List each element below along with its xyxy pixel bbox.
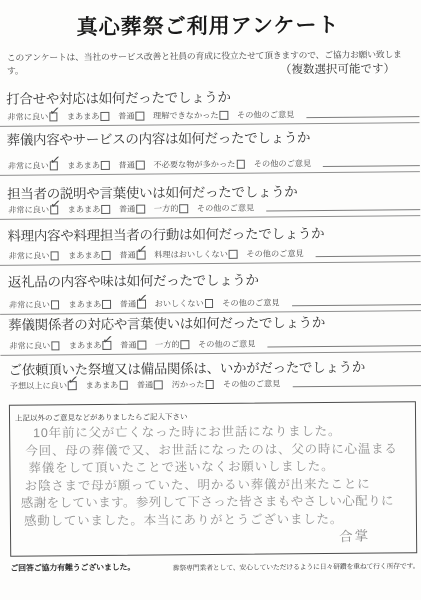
option: 一方的✓ [155, 339, 189, 350]
option: 普通✓ [119, 250, 145, 261]
question-block: ご依頼頂いた祭壇又は備品関係は、いかがだったでしょうか 予想以上に良い✓ まあま… [1, 355, 421, 395]
check-mark-icon: ✓ [136, 242, 149, 256]
handwritten-line: 10年前に父が亡くなった時にお世話になりました。 [33, 423, 407, 443]
option: 非常に良い✓ [7, 111, 58, 122]
option: まあまあ✓ [68, 250, 110, 261]
check-mark-icon: ✓ [136, 291, 149, 305]
option: 予想以上に良い✓ [10, 380, 77, 392]
option-label: 非常に良い [9, 250, 50, 261]
check-mark-icon: ✓ [102, 332, 115, 346]
other-comment-line[interactable] [266, 208, 420, 211]
other-comment-line[interactable] [316, 254, 421, 257]
options-row: 非常に良い✓ まあまあ✓ 普通✓ おいしくない✓ その他のご意見 [9, 296, 421, 311]
option-label: 予想以上に良い [10, 380, 67, 391]
checkbox[interactable]: ✓ [50, 162, 59, 171]
checkbox[interactable]: ✓ [49, 113, 58, 122]
option-label: 非常に良い [9, 299, 50, 310]
checkbox[interactable]: ✓ [137, 300, 146, 309]
checkbox[interactable]: ✓ [68, 381, 77, 390]
options-row: 非常に良い✓ まあまあ✓ 普通✓ 不必要な物が多かった✓ その他のご意見 [8, 157, 420, 172]
option-label: まあまあ [69, 340, 102, 351]
handwritten-line: 葬儀をして頂いたことで迷いなくお願いしました。 [28, 458, 407, 478]
options-row: 予想以上に良い✓ まあまあ✓ 普通✓ 汚かった✓ その他のご意見 [10, 377, 421, 392]
option: 普通✓ [119, 204, 145, 215]
check-mark-icon: ✓ [49, 197, 62, 211]
other-opinion-label: その他のご意見 [246, 248, 303, 259]
checkbox[interactable]: ✓ [136, 205, 145, 214]
checkbox[interactable]: ✓ [236, 160, 245, 169]
option: まあまあ✓ [67, 111, 109, 122]
option-label: 一方的 [155, 339, 180, 350]
check-mark-icon: ✓ [67, 373, 80, 387]
check-mark-icon: ✓ [48, 104, 61, 118]
option-label: まあまあ [67, 111, 100, 122]
option: まあまあ✓ [68, 204, 110, 215]
checkbox[interactable]: ✓ [219, 111, 228, 120]
option-label: 非常に良い [7, 111, 48, 122]
option-label: 普通 [137, 380, 153, 391]
question-title: 料理内容や料理担当者の行動は如何だったでしょうか [7, 222, 324, 245]
checkbox[interactable]: ✓ [101, 161, 110, 170]
checkbox[interactable]: ✓ [205, 380, 214, 389]
other-comment-line[interactable] [306, 115, 419, 118]
option-label: 一方的 [154, 203, 179, 214]
options-row: 非常に良い✓ まあまあ✓ 普通✓ 料理はおいしくない✓ その他のご意見 [9, 247, 421, 262]
option-label: 非常に良い [9, 340, 50, 351]
option-label: 理解できなかった [153, 110, 219, 122]
question-title: 打合せや対応は如何だったでしょうか [6, 86, 231, 108]
footer: ご回答ご協力有難うございました。 葬祭専門業者として、安心していただけるように日… [10, 559, 419, 574]
checkbox[interactable]: ✓ [102, 300, 111, 309]
option: おいしくない✓ [155, 298, 214, 310]
survey-page: 真心葬祭ご利用アンケート このアンケートは、当社のサービス改善と社員の育成に役立… [0, 0, 421, 600]
checkbox[interactable]: ✓ [119, 381, 128, 390]
option: 普通✓ [118, 111, 144, 122]
checkbox[interactable]: ✓ [229, 250, 238, 259]
checkbox[interactable]: ✓ [135, 112, 144, 121]
option-label: おいしくない [155, 298, 204, 309]
options-row: 非常に良い✓ まあまあ✓ 普通✓ 一方的✓ その他のご意見 [8, 201, 420, 216]
checkbox[interactable]: ✓ [103, 341, 112, 350]
checkbox[interactable]: ✓ [136, 161, 145, 170]
other-opinion-label: その他のご意見 [222, 297, 279, 308]
other-comment-line[interactable] [292, 384, 421, 387]
option-label: 普通 [120, 340, 136, 351]
option-label: まあまあ [68, 299, 101, 310]
option: 非常に良い✓ [8, 160, 59, 171]
question-title: ご依頼頂いた祭壇又は備品関係は、いかがだったでしょうか [9, 356, 366, 379]
multi-select-note: （複数選択可能です） [280, 60, 395, 77]
checkbox[interactable]: ✓ [51, 342, 60, 351]
footer-company-note: 葬祭専門業者として、安心していただけるように日々研鑽を重ねて行く所存です。 [173, 560, 420, 572]
option-label: まあまあ [68, 250, 101, 261]
option: まあまあ✓ [69, 340, 111, 351]
option: 普通✓ [137, 379, 163, 390]
question-block: 葬儀関係者の対応や言葉使いは如何だったでしょうか 非常に良い✓ まあまあ✓ 普通… [0, 310, 421, 356]
option-label: まあまあ [68, 204, 101, 215]
question-block: 返礼品の内容や味は如何だったでしょうか 非常に良い✓ まあまあ✓ 普通✓ おいし… [0, 267, 421, 315]
signature: 合掌 [339, 524, 371, 545]
option-label: 不必要な物が多かった [153, 159, 235, 171]
question-block: 葬儀内容やサービスの内容は如何だったでしょうか 非常に良い✓ まあまあ✓ 普通✓… [0, 125, 420, 176]
other-comment-line[interactable] [323, 164, 420, 167]
checkbox[interactable]: ✓ [101, 205, 110, 214]
option: 不必要な物が多かった✓ [153, 159, 244, 171]
question-block: 担当者の説明や言葉使いは如何だったでしょうか 非常に良い✓ まあまあ✓ 普通✓ … [0, 179, 420, 220]
option: 非常に良い✓ [8, 204, 59, 215]
comment-box[interactable]: 上記以外のご意見などがありましたらご記入下さい 10年前に父が亡くなった時にお世… [9, 401, 417, 557]
checkbox[interactable]: ✓ [137, 341, 146, 350]
checkbox[interactable]: ✓ [154, 381, 163, 390]
option-label: まあまあ [67, 160, 100, 171]
checkbox[interactable]: ✓ [205, 299, 214, 308]
option: まあまあ✓ [86, 380, 128, 391]
check-mark-icon: ✓ [49, 153, 62, 167]
option: 一方的✓ [154, 203, 188, 214]
option: 理解できなかった✓ [153, 110, 228, 122]
option-label: 非常に良い [8, 160, 49, 171]
option-label: 普通 [118, 111, 134, 122]
handwritten-comment: 10年前に父が亡くなった時にお世話になりました。 今回、母の葬儀で又、お世話にな… [24, 422, 408, 531]
footer-thanks: ご回答ご協力有難うございました。 [10, 562, 135, 574]
handwritten-line: 感謝をしています。参列して下さった皆さまもやさしい心配りに [21, 493, 408, 513]
option-label: 汚かった [172, 379, 205, 390]
option-label: まあまあ [86, 380, 119, 391]
option: 料理はおいしくない✓ [154, 249, 237, 261]
option: 非常に良い✓ [9, 299, 60, 310]
checkbox[interactable]: ✓ [179, 204, 188, 213]
checkbox[interactable]: ✓ [101, 112, 110, 121]
other-opinion-label: その他のご意見 [254, 158, 311, 169]
option-label: 非常に良い [8, 204, 49, 215]
question-title: 葬儀関係者の対応や言葉使いは如何だったでしょうか [8, 311, 325, 334]
option-label: 普通 [119, 204, 135, 215]
other-opinion-label: その他のご意見 [197, 203, 254, 214]
option: 普通✓ [120, 340, 146, 351]
option-label: 料理はおいしくない [154, 249, 228, 261]
option: 汚かった✓ [172, 379, 214, 390]
other-comment-line[interactable] [292, 303, 421, 306]
question-title: 葬儀内容やサービスの内容は如何だったでしょうか [6, 126, 310, 149]
checkbox[interactable]: ✓ [137, 251, 146, 260]
other-opinion-label: その他のご意見 [223, 378, 280, 389]
option: 非常に良い✓ [9, 340, 60, 351]
checkbox[interactable]: ✓ [50, 206, 59, 215]
option: 普通✓ [118, 160, 144, 171]
question-title: 返礼品の内容や味は如何だったでしょうか [8, 269, 259, 291]
options-row: 非常に良い✓ まあまあ✓ 普通✓ 理解できなかった✓ その他のご意見 [7, 108, 419, 123]
other-opinion-label: その他のご意見 [237, 109, 294, 120]
option: まあまあ✓ [67, 160, 109, 171]
comment-box-label: 上記以外のご意見などがありましたらご記入下さい [15, 411, 188, 424]
question-block: 料理内容や料理担当者の行動は如何だったでしょうか 非常に良い✓ まあまあ✓ 普通… [0, 221, 421, 266]
option-label: 普通 [118, 160, 134, 171]
option: 普通✓ [120, 299, 146, 310]
page-title: 真心葬祭ご利用アンケート [0, 8, 419, 42]
other-opinion-label: その他のご意見 [198, 339, 255, 350]
other-comment-line[interactable] [267, 344, 421, 347]
checkbox[interactable]: ✓ [102, 251, 111, 260]
option: まあまあ✓ [68, 299, 110, 310]
option-label: 普通 [120, 299, 136, 310]
question-block: 打合せや対応は如何だったでしょうか 非常に良い✓ まあまあ✓ 普通✓ 理解できな… [0, 84, 419, 127]
options-row: 非常に良い✓ まあまあ✓ 普通✓ 一方的✓ その他のご意見 [9, 337, 421, 352]
checkbox[interactable]: ✓ [181, 340, 190, 349]
option: 非常に良い✓ [9, 250, 60, 261]
checkbox[interactable]: ✓ [51, 301, 60, 310]
option-label: 普通 [119, 250, 135, 261]
checkbox[interactable]: ✓ [51, 252, 60, 261]
